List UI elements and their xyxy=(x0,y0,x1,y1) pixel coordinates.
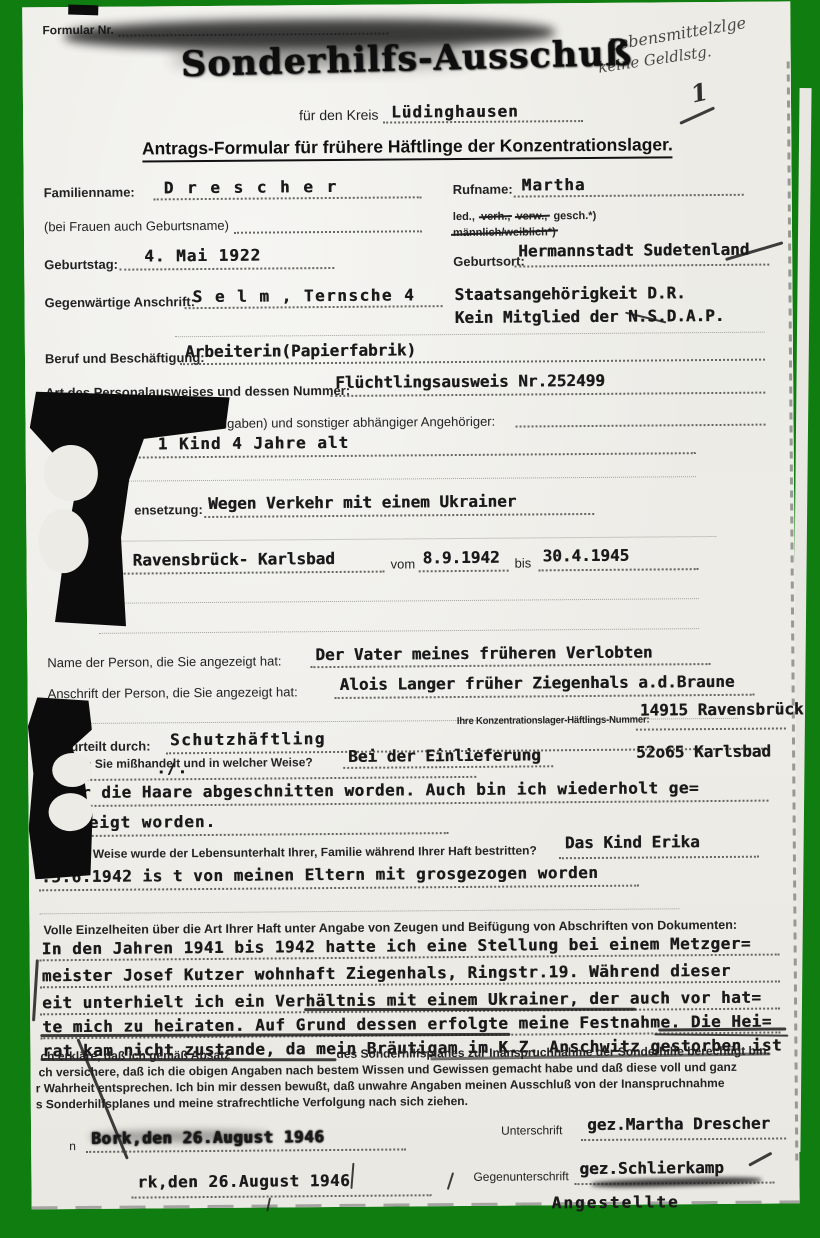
ort-prefix: n xyxy=(69,1139,76,1153)
erklaerung-line1a: ch erkläre, daß ich gemäß Absatz xyxy=(40,1048,230,1063)
unterschrift-line xyxy=(581,1137,786,1141)
familienname-label: Familienname: xyxy=(44,185,135,201)
geburtsort-line xyxy=(514,264,769,268)
haeftlingsnummer-value1: 14915 Ravensbrück xyxy=(640,699,804,719)
geburtsname-label: (bei Frauen auch Geburtsname) xyxy=(44,218,229,234)
kreis-line xyxy=(383,120,583,124)
haeftlingsnummer-value2: 52o65 Karlsbad xyxy=(636,742,771,762)
ausweis-line xyxy=(330,392,765,397)
empty-line-2 xyxy=(106,536,716,542)
familienstand-gesch: gesch.*) xyxy=(553,210,596,222)
familienstand-verw: verw., xyxy=(516,210,547,222)
haeftlingsnummer-line xyxy=(636,727,786,730)
ausweis-value: Flüchtlingsausweis Nr.252499 xyxy=(335,371,605,392)
anschrift-label: Gegenwärtige Anschrift: xyxy=(44,294,195,310)
angezeigt-anschrift-value: Alois Langer früher Ziegenhals a.d.Braun… xyxy=(339,672,734,694)
lebensunterhalt-line2: .5.6.1942 is t von meinen Eltern mit gro… xyxy=(41,863,598,886)
rufname-value: Martha xyxy=(522,175,586,195)
misshandlung-value: Bei der Einlieferung xyxy=(348,745,541,766)
angezeigt-anschrift-label: Anschrift der Person, die Sie angezeigt … xyxy=(48,684,298,701)
geburtstag-value: 4. Mai 1922 xyxy=(144,246,261,266)
gegenunterschrift-value: gez.Schlierkamp xyxy=(579,1158,724,1178)
empty-line-4 xyxy=(99,628,699,634)
scanned-document-scene: Formular Nr. Lebensmittelzlge keine Geld… xyxy=(0,0,820,1238)
separator-line-1 xyxy=(175,332,765,338)
lager-line xyxy=(85,571,385,575)
staatsangehoerigkeit-value: Staatsangehörigkeit D.R. xyxy=(454,283,685,304)
geburtsort-value: Hermannstadt Sudetenland xyxy=(518,240,749,261)
ink-blot-2-hole-1 xyxy=(52,753,92,787)
pen-hook xyxy=(748,1152,772,1167)
beruf-value: Arbeiterin(Papierfabrik) xyxy=(185,340,416,361)
pen-tick-3 xyxy=(447,1172,454,1190)
misshandlung-line3-rule xyxy=(49,832,449,837)
nsdap-value: Kein Mitglied der N.S.D.A.P. xyxy=(455,306,725,327)
misshandlung-line2: d mir die Haare abgeschnitten worden. Au… xyxy=(40,778,699,802)
ink-blot-1-hole-1 xyxy=(44,445,98,501)
angezeigt-name-line xyxy=(310,663,710,668)
angezeigt-name-label: Name der Person, die Sie angezeigt hat: xyxy=(47,653,281,670)
bis-value: 30.4.1945 xyxy=(542,546,629,566)
angezeigt-name-value: Der Vater meines früheren Verlobten xyxy=(315,642,652,664)
ort-datum-2: rk,den 26.August 1946 xyxy=(137,1171,350,1192)
geschlecht-maennlich: männlich/weiblich*) xyxy=(453,226,556,239)
verurteilt-value: Schutzhäftling xyxy=(170,729,326,749)
familienstand-verh: verh., xyxy=(481,211,510,223)
haeftlingsnummer-label: Ihre Konzentrationslager-Häftlings-Numme… xyxy=(457,715,650,728)
pen-tick-2 xyxy=(350,1163,354,1189)
misshandlung-label: den Sie mißhandelt und in welcher Weise? xyxy=(70,755,313,771)
familienname-value: D r e s c h e r xyxy=(164,177,339,197)
gegenunterschrift-role: Angestellte xyxy=(552,1192,680,1212)
kinder-label-line xyxy=(516,424,766,428)
rufname-line xyxy=(514,194,744,198)
lebensunterhalt-value: Das Kind Erika xyxy=(565,832,700,852)
misshandlung-line xyxy=(343,765,553,769)
geburtsname-line xyxy=(234,230,422,233)
pen-margin-mark xyxy=(32,959,38,1021)
erklaerung-line3: r Wahrheit entsprechen. Ich bin mir dess… xyxy=(36,1076,725,1095)
anschrift-value: S e l m , Ternsche 4 xyxy=(192,285,415,306)
form-page: Formular Nr. Lebensmittelzlge keine Geld… xyxy=(22,1,799,1209)
kreis-label: für den Kreis xyxy=(299,107,378,124)
paper-bottom-edge xyxy=(32,1200,800,1209)
geschlecht-label: männlich/weiblich*) xyxy=(453,226,556,239)
gegenunterschrift-label: Gegenunterschrift xyxy=(473,1169,568,1184)
vom-line xyxy=(419,570,509,573)
geburtstag-line xyxy=(119,267,334,271)
lebensunterhalt-label: che Weise wurde der Lebensunterhalt Ihre… xyxy=(69,843,537,861)
unterschrift-value: gez.Martha Drescher xyxy=(587,1114,770,1134)
empty-line-1 xyxy=(84,476,696,482)
ort-datum-line xyxy=(86,1148,406,1153)
ort-datum-2-line xyxy=(132,1194,432,1198)
pen-underline-verhaeltnis xyxy=(304,1008,636,1011)
ink-blot-1-hole-2 xyxy=(38,509,89,573)
gegenunterschrift-strike xyxy=(591,1176,761,1188)
pen-underline-number xyxy=(679,106,715,124)
haftgrund-label: ensetzung: xyxy=(134,502,203,518)
bis-line xyxy=(539,568,699,571)
separator-line-2 xyxy=(39,908,679,914)
lager-value: Ravensbrück- Karlsbad xyxy=(133,549,335,570)
familienstand-label: led., verh., verw., gesch.*) xyxy=(453,210,596,223)
haftgrund-line xyxy=(204,513,594,518)
haftgrund-value: Wegen Verkehr mit einem Ukrainer xyxy=(208,492,516,513)
unterschrift-label: Unterschrift xyxy=(501,1123,562,1137)
vom-value: 8.9.1942 xyxy=(422,548,499,568)
angezeigt-anschrift-line xyxy=(335,694,755,699)
empty-line-3 xyxy=(99,598,699,604)
bis-label: bis xyxy=(515,555,532,570)
vom-label: vom xyxy=(391,556,416,571)
lebensunterhalt-line xyxy=(559,856,759,860)
kreis-value: Lüdinghausen xyxy=(391,102,519,122)
rufname-label: Rufname: xyxy=(453,182,513,197)
handwritten-number: 1 xyxy=(688,77,711,109)
erklaerung-line1b: des Sonderhilfsplanes zur Inanspruchnahm… xyxy=(336,1044,770,1061)
form-subtitle: Antrags-Formular für frühere Häftlinge d… xyxy=(23,133,791,160)
corner-ink-mark xyxy=(68,5,98,16)
kinder-value: 1 Kind 4 Jahre alt xyxy=(158,433,350,454)
ink-blot-2 xyxy=(28,697,93,879)
ink-blot-2-hole-2 xyxy=(48,793,92,831)
geburtstag-label: Geburtstag: xyxy=(44,257,118,273)
familienstand-led: led., xyxy=(453,211,475,223)
